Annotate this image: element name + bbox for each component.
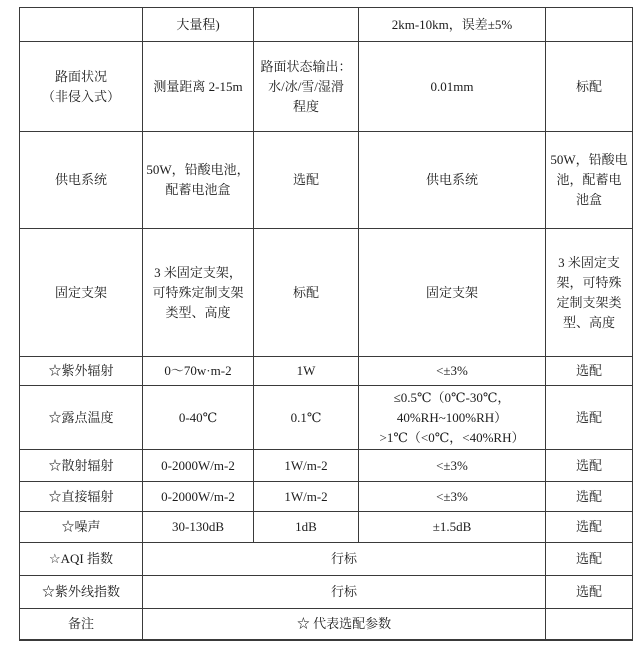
accuracy-cell: <±3% (359, 450, 546, 482)
resolution-cell: 标配 (254, 229, 359, 357)
config-cell: 选配 (546, 576, 633, 609)
table-row: 大量程) 2km-10km，误差±5% (20, 8, 633, 42)
resolution-cell: 1W (254, 357, 359, 386)
param-name-cell: 固定支架 (20, 229, 143, 357)
param-name-cell: ☆紫外辐射 (20, 357, 143, 386)
accuracy-cell: 供电系统 (359, 132, 546, 229)
resolution-cell: 1dB (254, 512, 359, 543)
param-name-cell: ☆散射辐射 (20, 450, 143, 482)
param-name-cell: 备注 (20, 609, 143, 640)
param-name-cell: ☆紫外线指数 (20, 576, 143, 609)
table-row: ☆噪声 30-130dB 1dB ±1.5dB 选配 (20, 512, 633, 543)
table-row: 路面状况 （非侵入式） 测量距离 2-15m 路面状态输出： 水/冰/雪/湿滑 … (20, 42, 633, 132)
config-cell: 选配 (546, 386, 633, 450)
param-name-cell: 路面状况 （非侵入式） (20, 42, 143, 132)
table-row: ☆露点温度 0-40℃ 0.1℃ ≤0.5℃（0℃-30℃， 40%RH~100… (20, 386, 633, 450)
range-cell: 3 米固定支架， 可特殊定制支架 类型、高度 (143, 229, 254, 357)
param-name-cell: ☆露点温度 (20, 386, 143, 450)
remark-cell: ☆ 代表选配参数 (143, 609, 546, 640)
config-cell (546, 8, 633, 42)
range-cell: 0-2000W/m-2 (143, 450, 254, 482)
table-row: ☆紫外辐射 0～70w·m-2 1W <±3% 选配 (20, 357, 633, 386)
accuracy-cell: ±1.5dB (359, 512, 546, 543)
accuracy-cell: 固定支架 (359, 229, 546, 357)
accuracy-cell: 0.01mm (359, 42, 546, 132)
resolution-cell: 1W/m-2 (254, 482, 359, 512)
resolution-cell: 路面状态输出： 水/冰/雪/湿滑 程度 (254, 42, 359, 132)
range-cell: 50W，铅酸电池， 配蓄电池盒 (143, 132, 254, 229)
standard-cell: 行标 (143, 576, 546, 609)
accuracy-cell: ≤0.5℃（0℃-30℃， 40%RH~100%RH） >1℃（<0℃，<40%… (359, 386, 546, 450)
resolution-cell (254, 8, 359, 42)
table-row: ☆散射辐射 0-2000W/m-2 1W/m-2 <±3% 选配 (20, 450, 633, 482)
table-row: 供电系统 50W，铅酸电池， 配蓄电池盒 选配 供电系统 50W，铅酸电 池，配… (20, 132, 633, 229)
table-row: ☆AQI 指数 行标 选配 (20, 543, 633, 576)
table-row: ☆紫外线指数 行标 选配 (20, 576, 633, 609)
config-cell: 标配 (546, 42, 633, 132)
resolution-cell: 1W/m-2 (254, 450, 359, 482)
spec-table: 大量程) 2km-10km，误差±5% 路面状况 （非侵入式） 测量距离 2-1… (19, 7, 633, 641)
document-page: 大量程) 2km-10km，误差±5% 路面状况 （非侵入式） 测量距离 2-1… (0, 0, 639, 668)
param-name-cell: ☆噪声 (20, 512, 143, 543)
range-cell: 0-40℃ (143, 386, 254, 450)
range-cell: 测量距离 2-15m (143, 42, 254, 132)
accuracy-cell: <±3% (359, 482, 546, 512)
config-cell: 选配 (546, 482, 633, 512)
range-cell: 大量程) (143, 8, 254, 42)
accuracy-cell: 2km-10km，误差±5% (359, 8, 546, 42)
config-cell: 选配 (546, 512, 633, 543)
resolution-cell: 0.1℃ (254, 386, 359, 450)
standard-cell: 行标 (143, 543, 546, 576)
param-name-cell: ☆直接辐射 (20, 482, 143, 512)
range-cell: 0～70w·m-2 (143, 357, 254, 386)
range-cell: 0-2000W/m-2 (143, 482, 254, 512)
config-cell: 选配 (546, 357, 633, 386)
config-cell: 选配 (546, 543, 633, 576)
table-row: 固定支架 3 米固定支架， 可特殊定制支架 类型、高度 标配 固定支架 3 米固… (20, 229, 633, 357)
table-row: ☆直接辐射 0-2000W/m-2 1W/m-2 <±3% 选配 (20, 482, 633, 512)
param-name-cell: ☆AQI 指数 (20, 543, 143, 576)
config-cell (546, 609, 633, 640)
config-cell: 50W，铅酸电 池，配蓄电 池盒 (546, 132, 633, 229)
config-cell: 3 米固定支 架，可特殊 定制支架类 型、高度 (546, 229, 633, 357)
param-name-cell: 供电系统 (20, 132, 143, 229)
range-cell: 30-130dB (143, 512, 254, 543)
accuracy-cell: <±3% (359, 357, 546, 386)
resolution-cell: 选配 (254, 132, 359, 229)
param-name-cell (20, 8, 143, 42)
table-row: 备注 ☆ 代表选配参数 (20, 609, 633, 640)
config-cell: 选配 (546, 450, 633, 482)
